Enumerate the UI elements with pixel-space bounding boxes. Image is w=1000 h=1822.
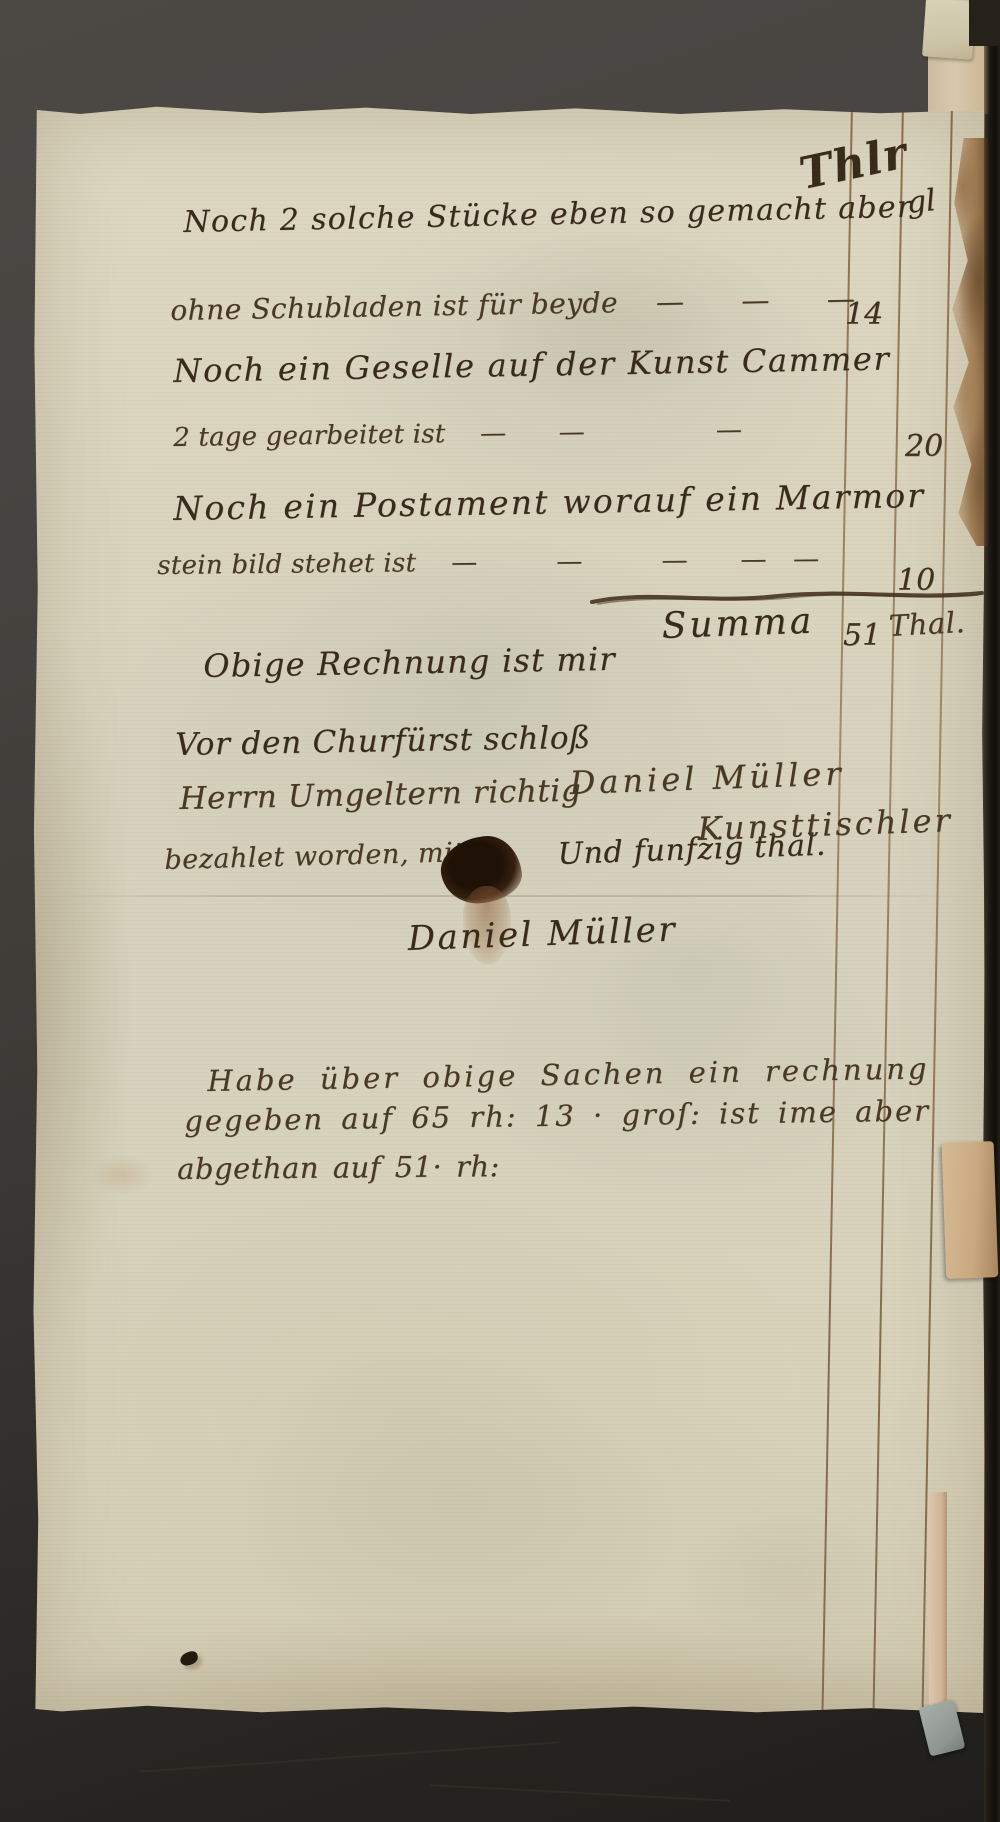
ink-spot xyxy=(179,1650,200,1667)
book-edge-strip-bottom xyxy=(929,1492,947,1728)
summa-label: Summa xyxy=(661,601,815,647)
entry-line: Noch ein Postament worauf ein Marmor xyxy=(173,476,926,528)
entry-line: 2 tage gearbeitet ist — — — xyxy=(173,415,742,453)
repair-tape-top xyxy=(922,0,976,60)
attestation-line: Herrn Umgeltern richtig xyxy=(179,773,582,817)
witness-name: Daniel Müller xyxy=(569,754,845,802)
paper-stain xyxy=(533,856,853,1066)
binding-dark-corner xyxy=(969,0,1000,46)
note-line: abgethan auf 51· rh: xyxy=(177,1149,500,1186)
attestation-line: Vor den Churfürst schloß xyxy=(175,720,591,763)
photo-backdrop: Thlr gl Noch 2 solche Stücke eben so gem… xyxy=(0,0,1000,1822)
attestation-line: Obige Rechnung ist mir xyxy=(203,640,616,685)
entry-line: stein bild stehet ist — — — — — xyxy=(157,544,819,581)
backdrop-crease xyxy=(430,1784,730,1802)
backdrop-crease xyxy=(140,1741,559,1772)
entry-line: Noch ein Geselle auf der Kunst Cammer xyxy=(173,339,891,390)
note-line: gegeben auf 65 rh: 13 · groſ: ist ime ab… xyxy=(184,1094,930,1138)
summa-value: 51 xyxy=(843,618,881,653)
manuscript-page: Thlr gl Noch 2 solche Stücke eben so gem… xyxy=(33,106,985,1713)
thaler-column-mark: Thlr xyxy=(795,127,912,199)
note-line: Habe über obige Sachen ein rechnung xyxy=(207,1051,930,1098)
entry-amount: 20 xyxy=(905,429,943,464)
page-fragment xyxy=(942,1141,999,1279)
summa-unit: Thal. xyxy=(888,605,966,643)
paper-stain xyxy=(673,1486,903,1656)
witness-title: Kunsttischler xyxy=(697,801,953,848)
attestation-line: bezahlet worden, mit xyxy=(164,837,465,876)
foxing-spot xyxy=(91,1154,155,1196)
paper-crease xyxy=(33,895,985,897)
binding-gap xyxy=(984,40,1000,1822)
entry-amount: 14 xyxy=(845,297,883,332)
entry-line: Noch 2 solche Stücke eben so gemacht abe… xyxy=(183,190,913,240)
paper-stain xyxy=(203,1346,723,1656)
